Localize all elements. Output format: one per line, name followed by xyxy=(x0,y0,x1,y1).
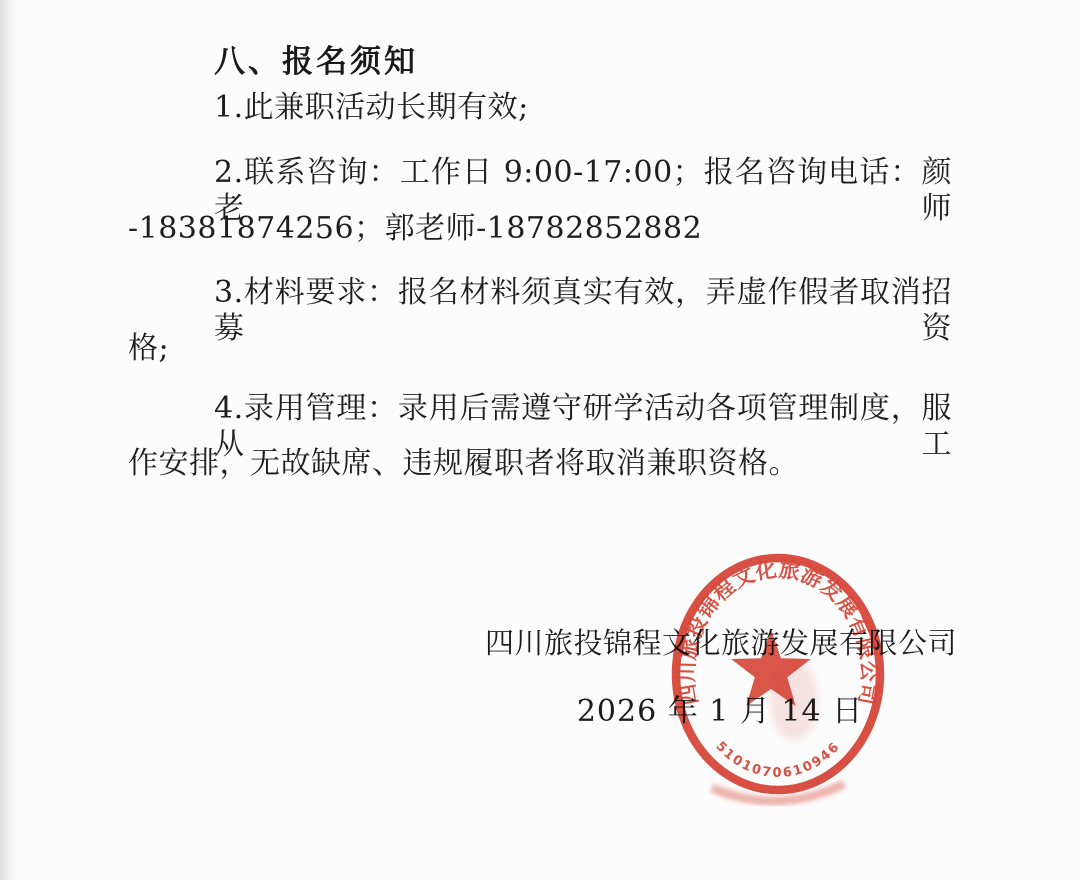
section-heading: 八、报名须知 xyxy=(214,36,418,81)
body-line-7: 作安排，无故缺席、违规履职者将取消兼职资格。 xyxy=(128,446,952,482)
body-line-5: 格; xyxy=(128,331,952,367)
company-name: 四川旅投锦程文化旅游发展有限公司 xyxy=(485,621,955,662)
body-line-1: 1.此兼职活动长期有效; xyxy=(128,90,952,126)
body-line-3: -18381874256；郭老师-18782852882 xyxy=(128,211,952,247)
signature-block: 四川旅投锦程文化旅游发展有限公司 2026 年 1 月 14 日 xyxy=(485,621,955,730)
signature-date: 2026 年 1 月 14 日 xyxy=(485,686,955,730)
scanned-document-page: 八、报名须知 1.此兼职活动长期有效; 2.联系咨询：工作日 9:00-17:0… xyxy=(0,0,1080,880)
scan-edge-shadow xyxy=(0,0,16,880)
document-body: 八、报名须知 1.此兼职活动长期有效; 2.联系咨询：工作日 9:00-17:0… xyxy=(128,0,952,880)
